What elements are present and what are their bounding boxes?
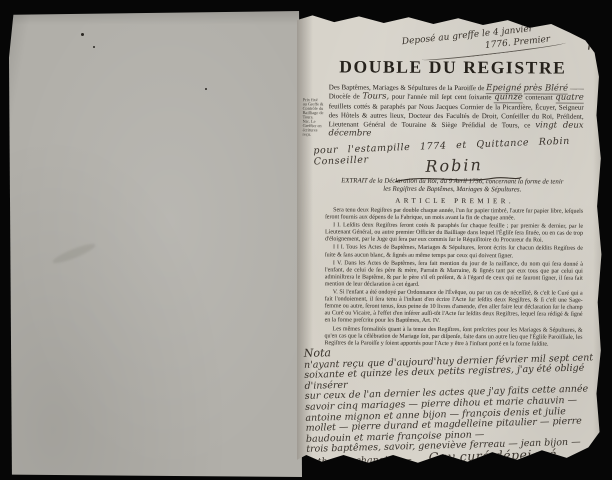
article-paragraph: I V. Dans les Actes de Baptêmes, ſera fa…: [325, 260, 583, 290]
page-title: DOUBLE DU REGISTRE: [326, 56, 580, 78]
signature-flourish-icon: [435, 462, 545, 479]
book-scan: Deposé au greffe le 4 janvier 1776. Prem…: [0, 0, 612, 480]
article-paragraph: I I I. Tous les Actes de Baptêmes, Maria…: [325, 245, 583, 261]
paper-speck: [93, 46, 95, 48]
nota-block: Nota n'ayant reçu que d'aujourd'huy dern…: [304, 341, 603, 468]
margin-note-line: reçu.: [303, 133, 325, 137]
intro-paragraph: Des Baptêmes, Mariages & Sépultures de l…: [329, 83, 584, 140]
articles-block: Sera tenu deux Regiſtres par double chaq…: [324, 207, 583, 349]
article-heading: ARTICLE PREMIER.: [327, 196, 582, 205]
ink-bleed-mark: [51, 241, 97, 267]
intro-print: Des Baptêmes, Mariages & Sépultures de l…: [329, 83, 485, 92]
page-content: Deposé au greffe le 4 janvier 1776. Prem…: [296, 0, 609, 480]
intro-print: pour l'année mil ſept cent ſoixante: [392, 93, 492, 102]
article-paragraph: V. Si l'enfant a été ondoyé par Ordonnan…: [325, 289, 583, 326]
margin-note: Prix fixé au Greffe & Contrôle du Bailli…: [303, 98, 325, 137]
paraph-flourish-icon: [583, 20, 612, 52]
register-title-page: Deposé au greffe le 4 janvier 1776. Prem…: [297, 0, 607, 480]
paper-speck: [205, 88, 207, 90]
article-paragraph: I I. Leſdits deux Regiſtres ſeront cotés…: [325, 223, 583, 246]
cure-signature: Guy curé dépeigné: [428, 446, 557, 464]
handwritten-diocese: Tours,: [362, 92, 389, 102]
article-paragraph: Sera tenu deux Regiſtres par double chaq…: [325, 207, 583, 223]
extrait-note: EXTRAIT de la Déclaration du Roi, du 9 A…: [339, 177, 565, 195]
left-blank-page: [9, 11, 302, 477]
deposit-note: Deposé au greffe le 4 janvier 1776. Prem…: [401, 16, 602, 60]
nota-line: catherine chanoine —: [306, 454, 411, 468]
intro-print: contenant: [525, 94, 552, 102]
paper-speck: [81, 33, 84, 36]
